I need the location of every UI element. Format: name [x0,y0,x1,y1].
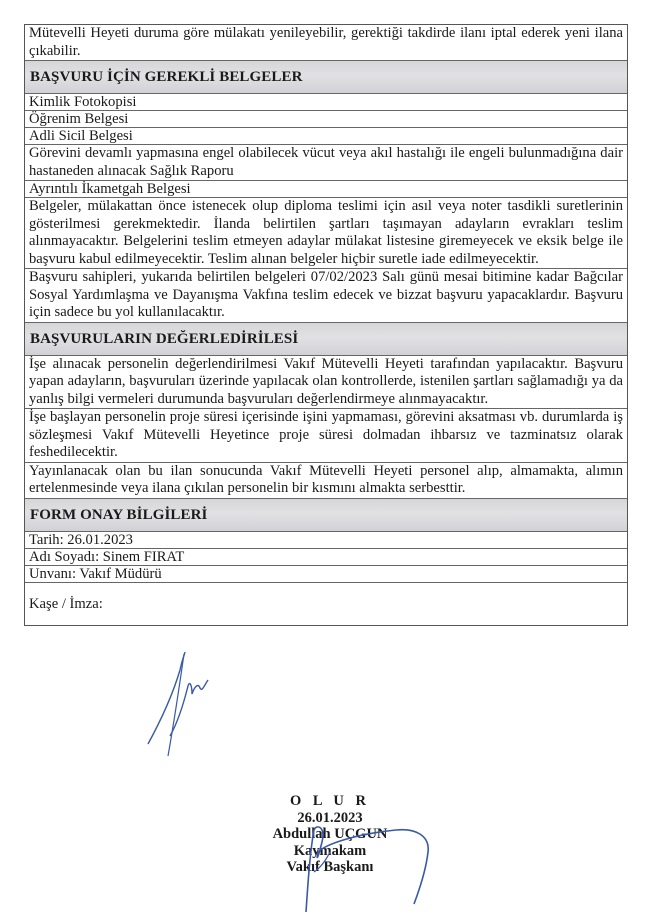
governor-signature-icon [296,822,436,917]
evaluation-rule-3: Yayınlanacak olan bu ilan sonucunda Vakı… [25,463,627,499]
evaluation-rule-1: İşe alınacak personelin değerlendirilmes… [25,356,627,410]
document-item-residence: Ayrıntılı İkametgah Belgesi [25,181,627,198]
section-header-evaluation: BAŞVURULARIN DEĞERLEDİRİLESİ [25,323,627,356]
evaluation-rule-2: İşe başlayan personelin proje süresi içe… [25,409,627,463]
document-item-id-copy: Kimlik Fotokopisi [25,94,627,111]
section-header-required-documents: BAŞVURU İÇİN GEREKLİ BELGELER [25,61,627,94]
approval-date-row: Tarih: 26.01.2023 [25,532,627,549]
approval-title: O L U R [230,793,430,810]
document-item-criminal-record: Adli Sicil Belgesi [25,128,627,145]
approval-title-row: Unvanı: Vakıf Müdürü [25,566,627,583]
announcement-table: Mütevelli Heyeti duruma göre mülakatı ye… [24,24,628,626]
application-deadline-row: Başvuru sahipleri, yukarıda belirtilen b… [25,269,627,323]
director-signature-icon [140,652,230,757]
document-item-education: Öğrenim Belgesi [25,111,627,128]
approval-name-row: Adı Soyadı: Sinem FIRAT [25,549,627,566]
stamp-signature-row: Kaşe / İmza: [25,583,627,625]
documents-rules-row: Belgeler, mülakattan önce istenecek olup… [25,198,627,269]
document-item-health-report: Görevini devamlı yapmasına engel olabile… [25,145,627,181]
intro-note-row: Mütevelli Heyeti duruma göre mülakatı ye… [25,25,627,61]
section-header-form-approval: FORM ONAY BİLGİLERİ [25,499,627,532]
